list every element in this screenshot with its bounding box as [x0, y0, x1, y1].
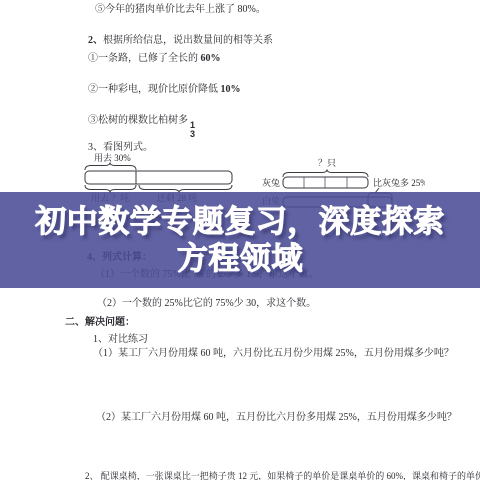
gray-rabbit-brace — [283, 170, 368, 178]
desk-chair-problem: 2、 配课桌椅，一张课桌比一把椅子贵 12 元，如果椅子的单价是课桌单价的 60… — [85, 471, 480, 480]
gray-rabbit-bar — [283, 177, 368, 188]
more-than-gray-label: 比灰兔多 25% — [373, 177, 425, 188]
clause-2-tv: ②一种彩电，现价比原价降低 10% — [88, 83, 241, 96]
fraction-one-third: 13 — [190, 121, 195, 139]
top-brace — [85, 163, 136, 171]
clause-2-text: ②一种彩电，现价比原价降低 — [88, 84, 221, 95]
calc-item-2: （2）一个数的 25%比它的 75%少 30，求这个数。 — [97, 297, 316, 310]
clause-1-road: ①一条路，已修了全长的 60% — [88, 52, 221, 65]
clause-3-text: ③松树的棵数比柏树多 — [88, 115, 188, 126]
section-2-heading: 二、解决问题： — [65, 316, 135, 329]
total-bar — [85, 171, 232, 184]
used-30-percent-label: 用去 30% — [94, 152, 131, 163]
coal-problem-1: （1）某工厂六月份用煤 60 吨，六月份比五月份少用煤 25%，五月份用煤多少吨… — [93, 347, 454, 360]
clause-3-pine-trees: ③松树的棵数比柏树多13 — [88, 114, 195, 139]
worksheet-page: ⑤今年的猪肉单价比去年上涨了 80%。 2、根据所给信息，说出数量间的相等关系 … — [0, 0, 480, 480]
clause-1-percent: 60% — [201, 53, 221, 64]
question-count-label: ？只 — [318, 158, 336, 168]
banner-title-line2: 方程领域 — [177, 240, 303, 277]
item-pork-price: ⑤今年的猪肉单价比去年上涨了 80%。 — [95, 3, 266, 16]
fraction-denominator: 3 — [190, 130, 195, 139]
clause-2-percent: 10% — [221, 84, 241, 95]
question-2-number: 2、 — [88, 35, 103, 46]
headline-banner: 初中数学专题复习，深度探索 方程领域 — [0, 192, 480, 288]
question-2-heading: 2、根据所给信息，说出数量间的相等关系 — [88, 34, 273, 47]
banner-title-line1: 初中数学专题复习，深度探索 — [35, 203, 445, 240]
coal-problem-2: （2）某工厂六月份用煤 60 吨，五月份比六月份多用煤 25%，五月份用煤多少吨… — [96, 411, 457, 424]
question-2-text: 根据所给信息，说出数量间的相等关系 — [103, 35, 273, 46]
gray-rabbit-label: 灰兔 — [262, 177, 280, 188]
practice-1-heading: 1、对比练习 — [93, 333, 148, 346]
clause-1-text: ①一条路，已修了全长的 — [88, 53, 201, 64]
